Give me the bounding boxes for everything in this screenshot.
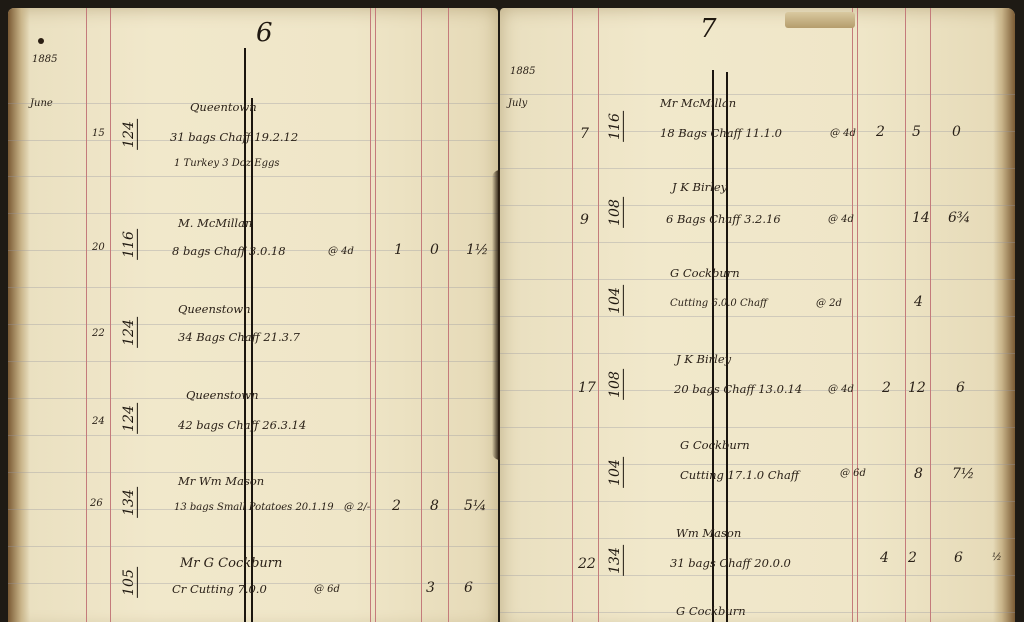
amount-shillings: 8 [914, 466, 923, 482]
amount-shillings: 14 [912, 210, 930, 226]
folio-number: 108 [607, 197, 624, 228]
amount-pence: 7½ [952, 466, 974, 482]
amount-pence: 6 [464, 580, 473, 596]
amount-shillings: 0 [430, 242, 439, 258]
folio-number: 124 [121, 317, 138, 348]
entry-name: G Cockburn [676, 604, 746, 618]
entry-line: 6 Bags Chaff 3.2.16 [666, 212, 781, 226]
amount-pounds: 4 [880, 550, 889, 566]
column-rule-pounds [370, 8, 376, 622]
entry-day: 22 [92, 328, 105, 339]
rule-line [8, 324, 498, 325]
entry-name: M. McMillan [178, 216, 252, 230]
year-label: 1885 [32, 54, 57, 65]
rule-line [500, 612, 1015, 613]
entry-day: 15 [92, 128, 105, 139]
entry-rate: @ 2/- [344, 502, 370, 513]
binding-hole [38, 38, 44, 44]
entry-day: 26 [90, 498, 103, 509]
entry-line: Cr Cutting 7.0.0 [172, 582, 267, 596]
rule-line [500, 205, 1015, 206]
rule-line [8, 361, 498, 362]
page-edge-left [8, 8, 30, 622]
entry-rate: @ 4d [830, 128, 856, 139]
entry-rate: @ 4d [328, 246, 354, 257]
rule-line [8, 472, 498, 473]
entry-line: 31 bags Chaff 19.2.12 [170, 130, 298, 144]
entry-rate: @ 4d [828, 214, 854, 225]
amount-pence: 0 [952, 124, 961, 140]
entry-line: 8 bags Chaff 3.0.18 [172, 244, 286, 258]
entry-day: 20 [92, 242, 105, 253]
column-rule-pence [930, 8, 931, 622]
month-label: July [508, 98, 527, 109]
entry-name: Mr Wm Mason [178, 474, 264, 488]
entry-day: 7 [580, 126, 589, 142]
ledger-page-right: 7 1885 July Mr McMillan 7 116 18 Bags Ch… [500, 8, 1015, 622]
amount-pence: 6 [956, 380, 965, 396]
amount-shillings: 2 [908, 550, 917, 566]
rule-line [500, 464, 1015, 465]
rule-line [500, 538, 1015, 539]
entry-name: Mr G Cockburn [180, 556, 282, 571]
amount-shillings: 12 [908, 380, 926, 396]
rule-line [500, 168, 1015, 169]
entry-name: Queenstown [186, 388, 259, 402]
page-number: 7 [700, 14, 717, 44]
entry-name: Mr McMillan [660, 96, 736, 110]
entry-rate: @ 4d [828, 384, 854, 395]
amount-shillings: 5 [912, 124, 921, 140]
folio-number: 105 [121, 567, 138, 598]
entry-line: 1 Turkey 3 Doz Eggs [174, 158, 280, 169]
amount-pounds: 1 [394, 242, 403, 258]
ledger-page-left: 6 1885 June Queentown 15 124 31 bags Cha… [8, 8, 498, 622]
entry-line: Cutting 6.0.0 Chaff [670, 298, 767, 309]
column-rule-pence [448, 8, 449, 622]
entry-line: 34 Bags Chaff 21.3.7 [178, 330, 300, 344]
amount-shillings: 4 [914, 294, 923, 310]
folio-number: 104 [607, 285, 624, 316]
rule-line [500, 242, 1015, 243]
column-rule-date [86, 8, 87, 622]
entry-name: J K Birley [672, 180, 727, 194]
rule-line [8, 287, 498, 288]
month-label: June [30, 98, 53, 109]
amount-pounds: 2 [876, 124, 885, 140]
amount-pence: 5¼ [464, 498, 486, 514]
entry-rate: @ 2d [816, 298, 842, 309]
folio-number: 116 [121, 229, 138, 260]
folio-number: 108 [607, 369, 624, 400]
entry-name: Queenstown [178, 302, 251, 316]
column-rule-day [598, 8, 599, 622]
rule-line [500, 94, 1015, 95]
folio-number: 104 [607, 457, 624, 488]
entry-name: G Cockburn [680, 438, 750, 452]
entry-day: 24 [92, 416, 105, 427]
entry-day: 17 [578, 380, 596, 396]
column-rule-date [572, 8, 573, 622]
amount-pence: 1½ [466, 242, 488, 258]
rule-line [500, 353, 1015, 354]
entry-line: 13 bags Small Potatoes 20.1.19 [174, 502, 334, 513]
entry-name: Queentown [190, 100, 257, 114]
column-rule-day [110, 8, 111, 622]
column-rule-shillings [905, 8, 906, 622]
rule-line [8, 435, 498, 436]
amount-shillings: 8 [430, 498, 439, 514]
page-edge-right [993, 8, 1015, 622]
rule-line [500, 501, 1015, 502]
amount-pounds: 2 [882, 380, 891, 396]
entry-day: 22 [578, 556, 596, 572]
year-label: 1885 [510, 66, 535, 77]
margin-note: ½ [992, 552, 1002, 563]
entry-line: Cutting 17.1.0 Chaff [680, 468, 799, 482]
entry-name: J K Birley [676, 352, 731, 366]
folio-number: 116 [607, 111, 624, 142]
entry-line: 20 bags Chaff 13.0.14 [674, 382, 802, 396]
entry-day: 9 [580, 212, 589, 228]
folio-number: 124 [121, 403, 138, 434]
entry-rate: @ 6d [314, 584, 340, 595]
folio-number: 134 [121, 487, 138, 518]
entry-line: 42 bags Chaff 26.3.14 [178, 418, 306, 432]
rule-line [500, 575, 1015, 576]
column-rule-shillings [421, 8, 422, 622]
page-number: 6 [256, 18, 273, 48]
rule-line [500, 279, 1015, 280]
entry-rate: @ 6d [840, 468, 866, 479]
folio-number: 134 [607, 545, 624, 576]
rule-line [8, 176, 498, 177]
page-tab [785, 12, 855, 28]
amount-shillings: 3 [426, 580, 435, 596]
entry-line: 31 bags Chaff 20.0.0 [670, 556, 791, 570]
entry-line: 18 Bags Chaff 11.1.0 [660, 126, 782, 140]
amount-pence: 6 [954, 550, 963, 566]
amount-pence: 6¾ [948, 210, 970, 226]
rule-line [500, 316, 1015, 317]
amount-pounds: 2 [392, 498, 401, 514]
rule-line [500, 427, 1015, 428]
column-rule-pounds [852, 8, 858, 622]
entry-name: G Cockburn [670, 266, 740, 280]
rule-line [8, 546, 498, 547]
rule-line [8, 213, 498, 214]
folio-number: 124 [121, 119, 138, 150]
entry-name: Wm Mason [676, 526, 741, 540]
ink-rule [251, 98, 253, 622]
